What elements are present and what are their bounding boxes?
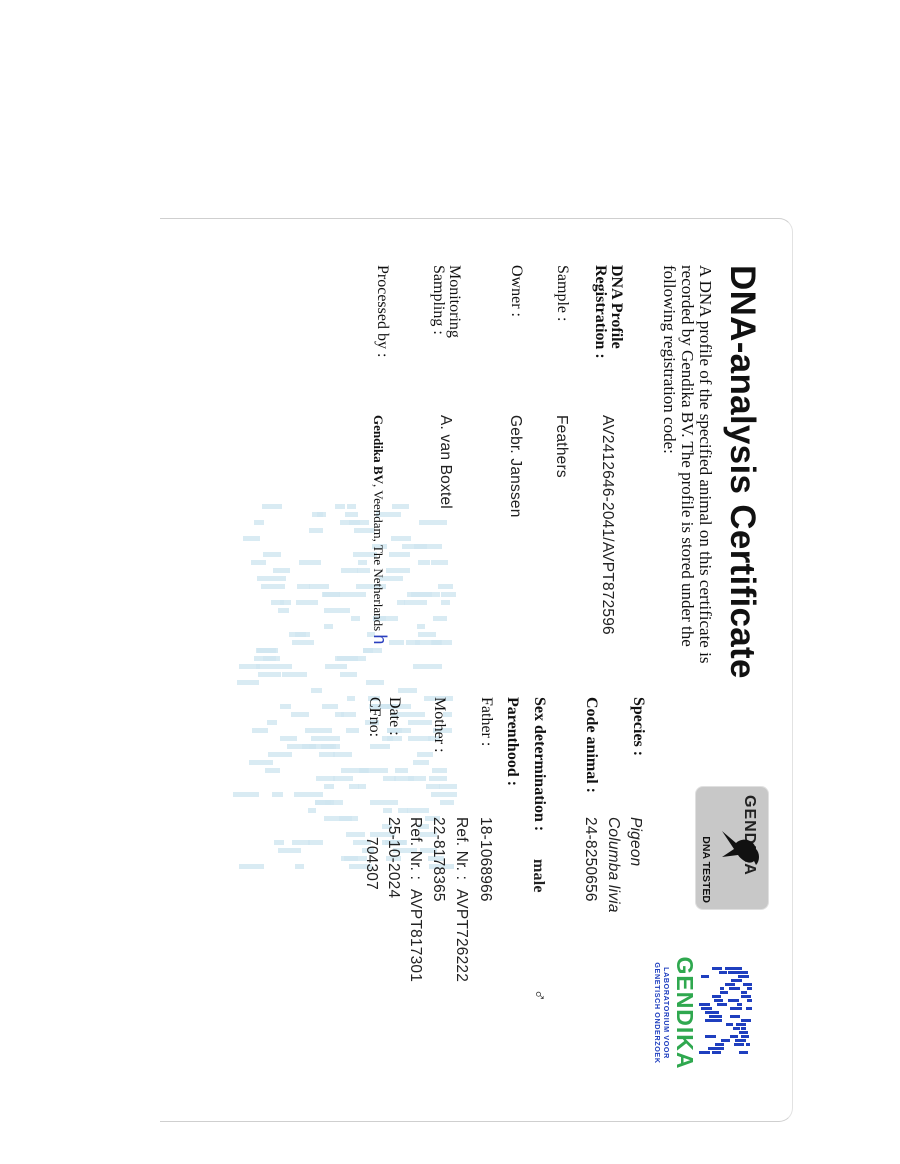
owner-label: Owner : bbox=[508, 265, 524, 317]
sample-label: Sample : bbox=[554, 265, 570, 321]
logo-subtitle-1: LABORATORIUM VOOR bbox=[662, 953, 671, 1073]
certificate-card: DNA-analysis Certificate A DNA profile o… bbox=[160, 218, 793, 1122]
species-common: Pigeon bbox=[626, 817, 644, 866]
mother-label: Mother : bbox=[431, 697, 447, 753]
certificate-content: DNA-analysis Certificate A DNA profile o… bbox=[160, 219, 792, 1121]
date-label: Date : bbox=[386, 697, 402, 736]
logo-subtitle-2: GENETISCH ONDERZOEK bbox=[653, 953, 662, 1073]
father-label: Father : bbox=[478, 697, 494, 746]
monitoring-label-1: Monitoring bbox=[446, 265, 462, 338]
sex-value: male bbox=[529, 859, 547, 893]
male-symbol-icon: ♂ bbox=[529, 989, 549, 1002]
mother-ref-value: AVPT817301 bbox=[406, 889, 424, 982]
species-label: Species : bbox=[630, 697, 646, 756]
certificate-title: DNA-analysis Certificate bbox=[722, 265, 762, 679]
parenthood-label: Parenthood : bbox=[504, 697, 520, 786]
processed-label: Processed by : bbox=[374, 265, 390, 357]
cfno-value: 704307 bbox=[362, 837, 380, 890]
father-ref-value: AVPT726222 bbox=[452, 889, 470, 982]
signature-initial: h bbox=[370, 634, 390, 644]
monitoring-value: A. van Boxtel bbox=[436, 415, 454, 509]
intro-text: A DNA profile of the specified animal on… bbox=[660, 265, 714, 685]
mother-value: 22-8178365 bbox=[429, 817, 447, 902]
sex-label: Sex determination : bbox=[531, 697, 547, 831]
code-animal-value: 24-8250656 bbox=[581, 817, 599, 902]
father-ref-label: Ref. Nr. : bbox=[452, 817, 470, 880]
monitoring-label-2: Sampling : bbox=[430, 265, 446, 335]
registration-label-1: DNA Profile bbox=[608, 265, 624, 349]
registration-code: AV2412646-2041/AVPT872596 bbox=[598, 415, 616, 635]
sample-value: Feathers bbox=[552, 415, 570, 478]
cfno-label: CFno: bbox=[366, 697, 382, 737]
mother-ref-label: Ref. Nr. : bbox=[406, 817, 424, 880]
dna-tested-badge: GENDIKA DNA TESTED bbox=[696, 787, 768, 909]
logo-name: GENDIKA bbox=[671, 953, 698, 1073]
date-value: 25-10-2024 bbox=[384, 817, 402, 898]
pigeon-icon bbox=[716, 827, 762, 869]
badge-text: DNA TESTED bbox=[700, 836, 712, 903]
processed-company: Gendika BV bbox=[371, 415, 386, 484]
processed-location: , Veendam, The Netherlands bbox=[371, 484, 386, 631]
father-value: 18-1068966 bbox=[476, 817, 494, 902]
species-latin: Columba livia bbox=[604, 817, 622, 913]
gendika-logo: GENDIKA LABORATORIUM VOOR GENETISCH ONDE… bbox=[653, 953, 752, 1073]
processed-value: Gendika BV, Veendam, The Netherlands h bbox=[370, 415, 388, 644]
gendika-logo-mark-icon bbox=[700, 967, 752, 1057]
registration-label-2: Registration : bbox=[592, 265, 608, 359]
owner-value: Gebr. Janssen bbox=[506, 415, 524, 518]
code-animal-label: Code animal : bbox=[583, 697, 599, 793]
